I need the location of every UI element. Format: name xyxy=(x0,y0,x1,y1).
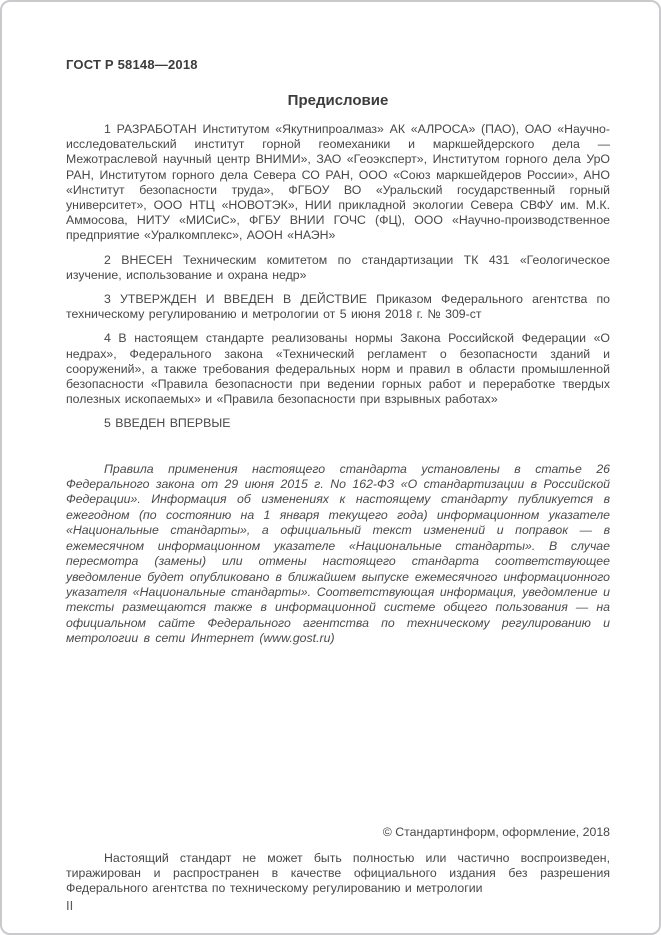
foreword-item-1: 1 РАЗРАБОТАН Институтом «Якутнипроалмаз»… xyxy=(66,122,610,244)
application-note: Правила применения настоящего стандарта … xyxy=(66,462,610,647)
reproduction-notice: Настоящий стандарт не может быть полност… xyxy=(66,851,610,897)
copyright-line: © Стандартинформ, оформление, 2018 xyxy=(66,825,610,839)
page-number: II xyxy=(66,898,610,913)
foreword-item-5: 5 ВВЕДЕН ВПЕРВЫЕ xyxy=(66,416,610,431)
foreword-item-3: 3 УТВЕРЖДЕН И ВВЕДЕН В ДЕЙСТВИЕ Приказом… xyxy=(66,292,610,322)
document-number: ГОСТ Р 58148—2018 xyxy=(66,57,610,72)
foreword-item-2: 2 ВНЕСЕН Техническим комитетом по станда… xyxy=(66,253,610,283)
section-title: Предисловие xyxy=(66,92,610,109)
document-page: ГОСТ Р 58148—2018 Предисловие 1 РАЗРАБОТ… xyxy=(0,0,661,935)
foreword-item-4: 4 В настоящем стандарте реализованы норм… xyxy=(66,331,610,407)
